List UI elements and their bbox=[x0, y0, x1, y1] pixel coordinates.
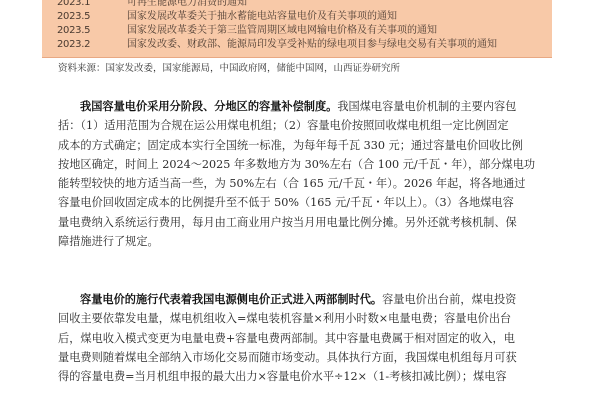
line-text: 容量电价出台前，煤电投资 bbox=[382, 293, 516, 306]
paragraph-two-part-pricing: 容量电价的施行代表着我国电源侧电价正式进入两部制时代。容量电价出台前，煤电投资 … bbox=[58, 290, 550, 386]
paragraph-lead: 容量电价的施行代表着我国电源侧电价正式进入两部制时代。 bbox=[80, 292, 382, 306]
paragraph-line: 量电费纳入系统运行费用，每月由工商业用户按当月用电量比例分摊。另外还就考核机制、… bbox=[58, 213, 550, 232]
paragraph-line: 按地区确定，时间上 2024～2025 年多数地方为 30%左右（合 100 元… bbox=[58, 155, 550, 174]
paragraph-line: 障措施进行了规定。 bbox=[58, 232, 550, 251]
row-date: 2023.2 bbox=[57, 38, 117, 52]
paragraph-line: 回收主要依靠发电量，煤电机组收入=煤电装机容量×利用小时数×电量电费；容量电价出… bbox=[58, 309, 550, 328]
line-text: 我国煤电容量电价机制的主要内容包 bbox=[337, 100, 516, 113]
paragraph-line: 量电费则随着煤电全部纳入市场化交易而随市场变动。具体执行方面，我国煤电机组每月可… bbox=[58, 348, 550, 367]
row-date: 2023.5 bbox=[57, 10, 117, 24]
paragraph-lead: 我国容量电价采用分阶段、分地区的容量补偿制度。 bbox=[80, 99, 337, 113]
paragraph-line: 容量电价回收固定成本的比例提升至不低于 50%（165 元/千瓦・年以上）。（3… bbox=[58, 193, 550, 212]
row-title: 国家发展改革委关于抽水蓄能电站容量电价及有关事项的通知 bbox=[127, 10, 397, 24]
paragraph-line: 得的容量电费=当月机组申报的最大出力×容量电价水平÷12×（1-考核扣减比例）；… bbox=[58, 367, 550, 386]
row-title: 国家发展改革委关于第三监管周期区域电网输电价格及有关事项的通知 bbox=[127, 24, 437, 38]
source-note: 资料来源：国家发改委，国家能源局，中国政府网，储能中国网，山西证券研究所 bbox=[58, 62, 400, 76]
paragraph-line: 能转型较快的地方适当高一些，为 50%左右（合 165 元/千瓦・年）。2026… bbox=[58, 174, 550, 193]
row-title: 可再生能源电力消费的通知 bbox=[127, 0, 247, 10]
paragraph-line: 容量电价的施行代表着我国电源侧电价正式进入两部制时代。容量电价出台前，煤电投资 bbox=[58, 290, 550, 309]
paragraph-line: 括：（1）适用范围为合规在运公用煤电机组；（2）容量电价按照回收煤电机组一定比例… bbox=[58, 116, 550, 135]
paragraph-line: 我国容量电价采用分阶段、分地区的容量补偿制度。我国煤电容量电价机制的主要内容包 bbox=[58, 97, 550, 116]
paragraph-capacity-compensation: 我国容量电价采用分阶段、分地区的容量补偿制度。我国煤电容量电价机制的主要内容包 … bbox=[58, 97, 550, 251]
row-date: 2023.5 bbox=[57, 24, 117, 38]
paragraph-line: 成本的方式确定；固定成本实行全国统一标准，为每年每千瓦 330 元；通过容量电价… bbox=[58, 136, 550, 155]
policy-table: 2023.1 可再生能源电力消费的通知 2023.5 国家发展改革委关于抽水蓄能… bbox=[42, 0, 552, 58]
row-date: 2023.1 bbox=[57, 0, 117, 10]
paragraph-line: 后，煤电收入模式变更为电量电费+容量电费两部制。其中容量电费属于相对固定的收入，… bbox=[58, 329, 550, 348]
row-title: 国家发改委、财政部、能源局印发享受补贴的绿电项目参与绿电交易有关事项的通知 bbox=[127, 38, 497, 52]
